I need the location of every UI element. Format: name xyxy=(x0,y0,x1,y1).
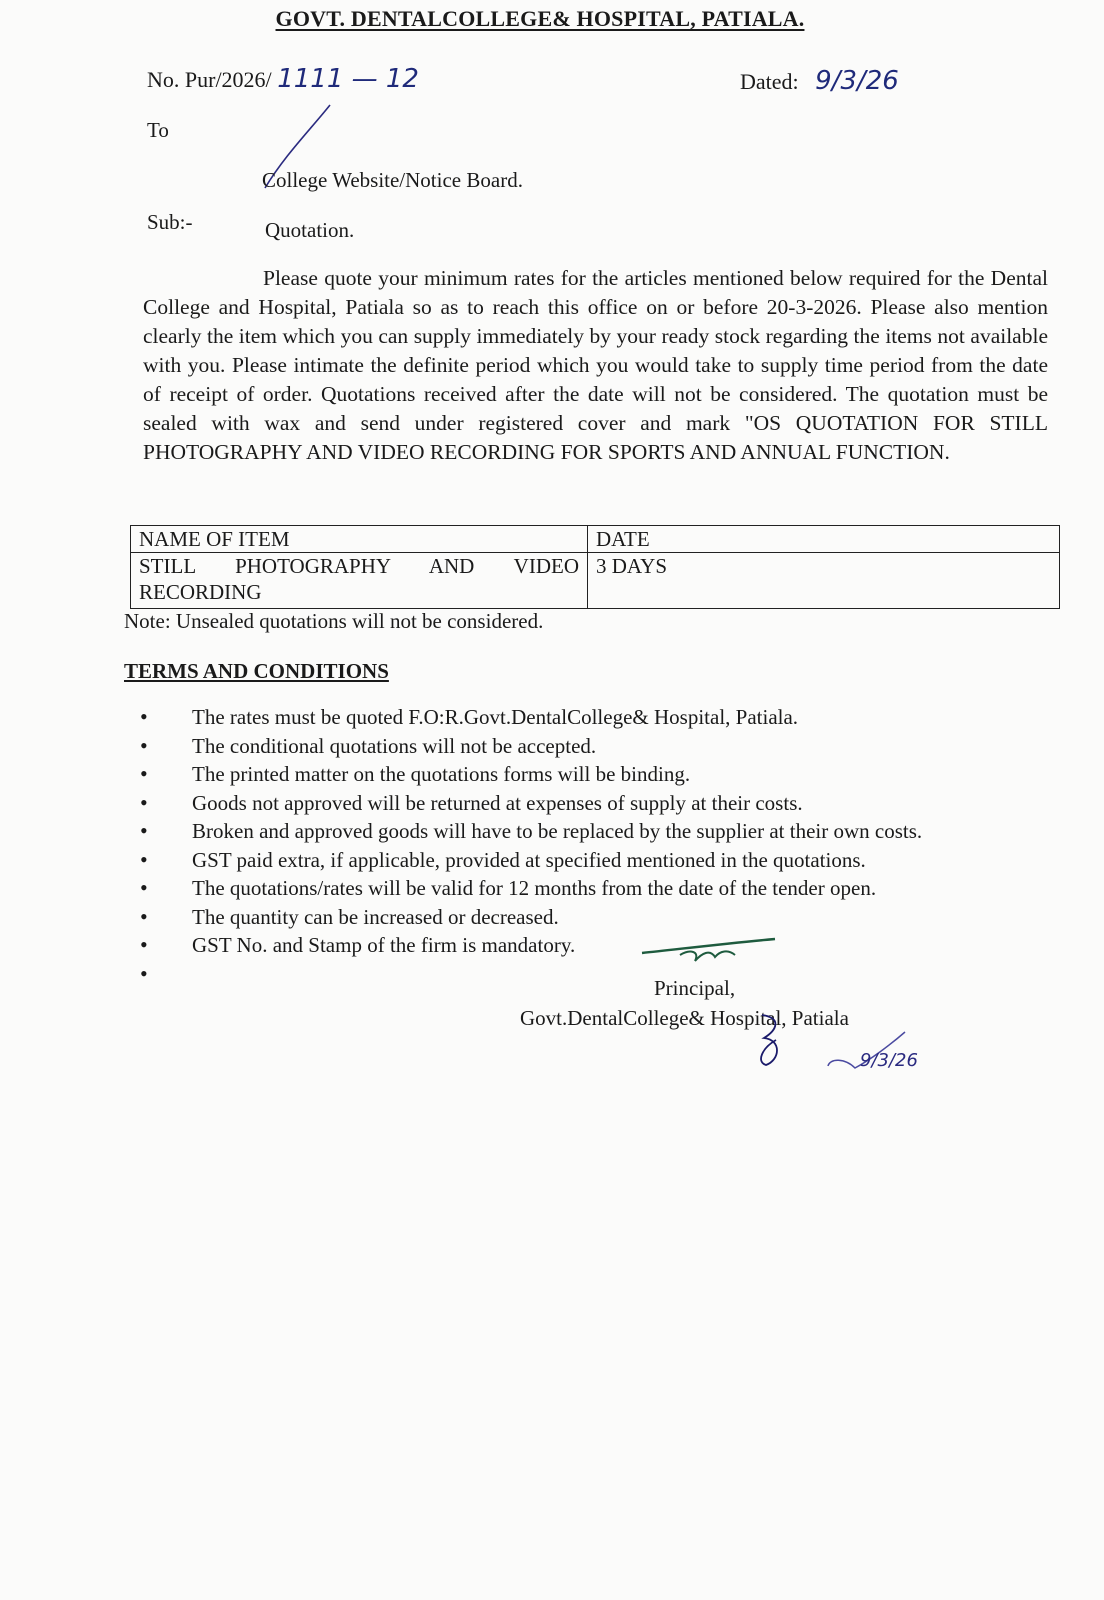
item-name: STILL PHOTOGRAPHY AND VIDEO RECORDING xyxy=(131,553,588,609)
ref-handwritten: 1111 — 12 xyxy=(277,64,419,94)
list-item: Goods not approved will be returned at e… xyxy=(140,789,922,818)
dated-handwritten: 9/3/26 xyxy=(815,66,899,96)
dated-line: Dated: 9/3/26 xyxy=(740,66,899,96)
subject-value: Quotation. xyxy=(265,218,354,243)
recipient: College Website/Notice Board. xyxy=(262,168,523,193)
body-paragraph: Please quote your minimum rates for the … xyxy=(143,264,1048,467)
list-item: The conditional quotations will not be a… xyxy=(140,732,922,761)
list-item xyxy=(140,960,922,988)
initial-date-handwritten: 9/3/26 xyxy=(860,1050,918,1071)
table-header-row: NAME OF ITEM DATE xyxy=(131,526,1060,553)
item-date: 3 DAYS xyxy=(588,553,1060,609)
note: Note: Unsealed quotations will not be co… xyxy=(124,609,543,634)
header-name-of-item: NAME OF ITEM xyxy=(131,526,588,553)
terms-heading: TERMS AND CONDITIONS xyxy=(124,659,389,684)
list-item: The printed matter on the quotations for… xyxy=(140,760,922,789)
list-item: GST paid extra, if applicable, provided … xyxy=(140,846,922,875)
items-table: NAME OF ITEM DATE STILL PHOTOGRAPHY AND … xyxy=(130,525,1060,609)
document-title: GOVT. DENTALCOLLEGE& HOSPITAL, PATIALA. xyxy=(0,6,1080,32)
list-item: Broken and approved goods will have to b… xyxy=(140,817,922,846)
reference-number: No. Pur/2026/ 1111 — 12 xyxy=(147,64,419,94)
list-item: The quantity can be increased or decreas… xyxy=(140,903,922,932)
signatory-organization: Govt.DentalCollege& Hospital, Patiala xyxy=(520,1006,849,1031)
header-date: DATE xyxy=(588,526,1060,553)
subject-label: Sub:- xyxy=(147,210,193,235)
signatory-title: Principal, xyxy=(654,976,735,1001)
list-item: The quotations/rates will be valid for 1… xyxy=(140,874,922,903)
ref-label: No. Pur/2026/ xyxy=(147,67,272,92)
signature-icon xyxy=(640,935,780,965)
dated-label: Dated: xyxy=(740,69,799,94)
list-item: GST No. and Stamp of the firm is mandato… xyxy=(140,931,922,960)
to-label: To xyxy=(147,118,169,143)
title-text: GOVT. DENTALCOLLEGE& HOSPITAL, PATIALA. xyxy=(276,6,805,31)
terms-list: The rates must be quoted F.O:R.Govt.Dent… xyxy=(140,703,922,988)
list-item: The rates must be quoted F.O:R.Govt.Dent… xyxy=(140,703,922,732)
table-row: STILL PHOTOGRAPHY AND VIDEO RECORDING 3 … xyxy=(131,553,1060,609)
initial-mark-icon xyxy=(752,1010,792,1070)
